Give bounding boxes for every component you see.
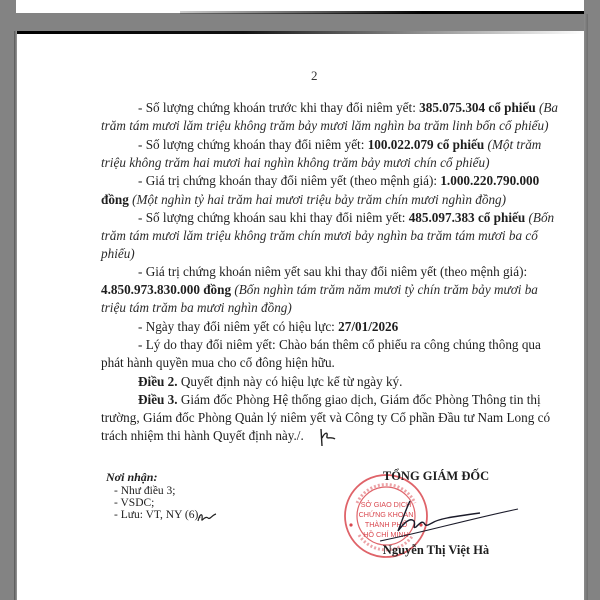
after-value-words-cont: triệu tám trăm ba mươi nghìn đồng): [101, 300, 292, 315]
effective-date-label: - Ngày thay đổi niêm yết có hiệu lực:: [138, 319, 338, 334]
listing-after-words-end: phiếu): [101, 246, 135, 261]
after-value-amount: 4.850.973.830.000 đồng: [101, 282, 231, 297]
after-value-label: - Giá trị chứng khoán niêm yết sau khi t…: [138, 264, 527, 279]
effective-date-line: - Ngày thay đổi niêm yết có hiệu lực: 27…: [138, 319, 398, 335]
reason-text: - Lý do thay đổi niêm yết: Chào bán thêm…: [138, 337, 541, 352]
page-left-edge: [14, 31, 17, 600]
listing-before-words: (Ba: [536, 100, 558, 115]
change-value-currency: đồng: [101, 192, 129, 207]
page-top-shadow: [16, 31, 584, 34]
reason-line: - Lý do thay đổi niêm yết: Chào bán thêm…: [138, 337, 527, 353]
handwritten-initials-icon: [317, 426, 339, 448]
effective-date-value: 27/01/2026: [338, 319, 398, 334]
after-value-amount-line: 4.850.973.830.000 đồng (Bốn nghìn tám tr…: [101, 282, 527, 298]
handwritten-mark-icon: [196, 509, 218, 525]
change-value-words: (Một nghìn tỷ hai trăm hai mươi triệu bả…: [129, 192, 506, 207]
article-3-line-2: trường, Giám đốc Phòng Quản lý niêm yết …: [101, 410, 527, 426]
listing-before-value: 385.075.304 cổ phiếu: [419, 100, 536, 115]
listing-change-value: 100.022.079 cổ phiếu: [368, 137, 485, 152]
reason-line-2: phát hành quyền mua cho cổ đông hiện hữu…: [101, 355, 335, 371]
after-value-words: (Bốn nghìn tám trăm năm mươi tỷ chín tră…: [231, 282, 538, 297]
article-3-text-end: trách nhiệm thi hành Quyết định này./.: [101, 428, 304, 443]
listing-change-line: - Số lượng chứng khoán thay đổi niêm yết…: [138, 137, 527, 153]
signer-title: TỔNG GIÁM ĐỐC: [372, 469, 500, 484]
change-value-amount: 1.000.220.790.000: [440, 173, 539, 188]
page-right-edge: [584, 14, 588, 600]
listing-after-line: - Số lượng chứng khoán sau khi thay đổi …: [138, 210, 527, 226]
listing-change-label: - Số lượng chứng khoán thay đổi niêm yết…: [138, 137, 368, 152]
recipient-item: - Như điều 3;: [114, 485, 176, 497]
listing-after-words-cont: trăm tám mươi lăm triệu không trăm chín …: [101, 228, 538, 243]
article-3: Điều 3. Giám đốc Phòng Hệ thống giao dịc…: [138, 392, 527, 408]
listing-change-words-line: triệu không trăm hai mươi hai nghìn khôn…: [101, 155, 490, 171]
article-3-text-cont: trường, Giám đốc Phòng Quản lý niêm yết …: [101, 410, 550, 425]
recipient-item: - Lưu: VT, NY (6).: [114, 509, 201, 521]
listing-after-label: - Số lượng chứng khoán sau khi thay đổi …: [138, 210, 409, 225]
listing-before-words-cont: trăm tám mươi lăm triệu không trăm bảy m…: [101, 118, 549, 133]
listing-change-words-cont: triệu không trăm hai mươi hai nghìn khôn…: [101, 155, 490, 170]
signer-name: Nguyễn Thị Việt Hà: [372, 543, 500, 558]
page-number: 2: [311, 68, 318, 84]
listing-change-words: (Một trăm: [484, 137, 541, 152]
handwritten-signature-icon: [380, 495, 520, 545]
article-3-label: Điều 3.: [138, 392, 178, 407]
listing-after-words-line: trăm tám mươi lăm triệu không trăm chín …: [101, 228, 527, 244]
listing-before-line: - Số lượng chứng khoán trước khi thay đổ…: [138, 100, 527, 116]
change-value-words-line: đồng (Một nghìn tỷ hai trăm hai mươi tri…: [101, 192, 506, 208]
recipients-title: Nơi nhận:: [106, 470, 157, 485]
listing-before-words-line: trăm tám mươi lăm triệu không trăm bảy m…: [101, 118, 549, 134]
article-2-label: Điều 2.: [138, 374, 178, 389]
change-value-label: - Giá trị chứng khoán thay đổi niêm yết …: [138, 173, 440, 188]
listing-after-words: (Bốn: [525, 210, 554, 225]
listing-before-label: - Số lượng chứng khoán trước khi thay đổ…: [138, 100, 419, 115]
after-value-words-line: triệu tám trăm ba mươi nghìn đồng): [101, 300, 292, 316]
listing-after-words-line-2: phiếu): [101, 246, 135, 262]
article-3-line-3: trách nhiệm thi hành Quyết định này./.: [101, 428, 304, 444]
recipient-item: - VSDC;: [114, 497, 154, 509]
article-2-text: Quyết định này có hiệu lực kể từ ngày ký…: [178, 374, 403, 389]
article-3-text: Giám đốc Phòng Hệ thống giao dịch, Giám …: [178, 392, 541, 407]
article-2: Điều 2. Quyết định này có hiệu lực kể từ…: [138, 374, 402, 390]
change-value-line: - Giá trị chứng khoán thay đổi niêm yết …: [138, 173, 527, 189]
listing-after-value: 485.097.383 cổ phiếu: [409, 210, 526, 225]
reason-text-cont: phát hành quyền mua cho cổ đông hiện hữu…: [101, 355, 335, 370]
previous-page-shadow: [180, 11, 584, 14]
after-value-line: - Giá trị chứng khoán niêm yết sau khi t…: [138, 264, 527, 280]
